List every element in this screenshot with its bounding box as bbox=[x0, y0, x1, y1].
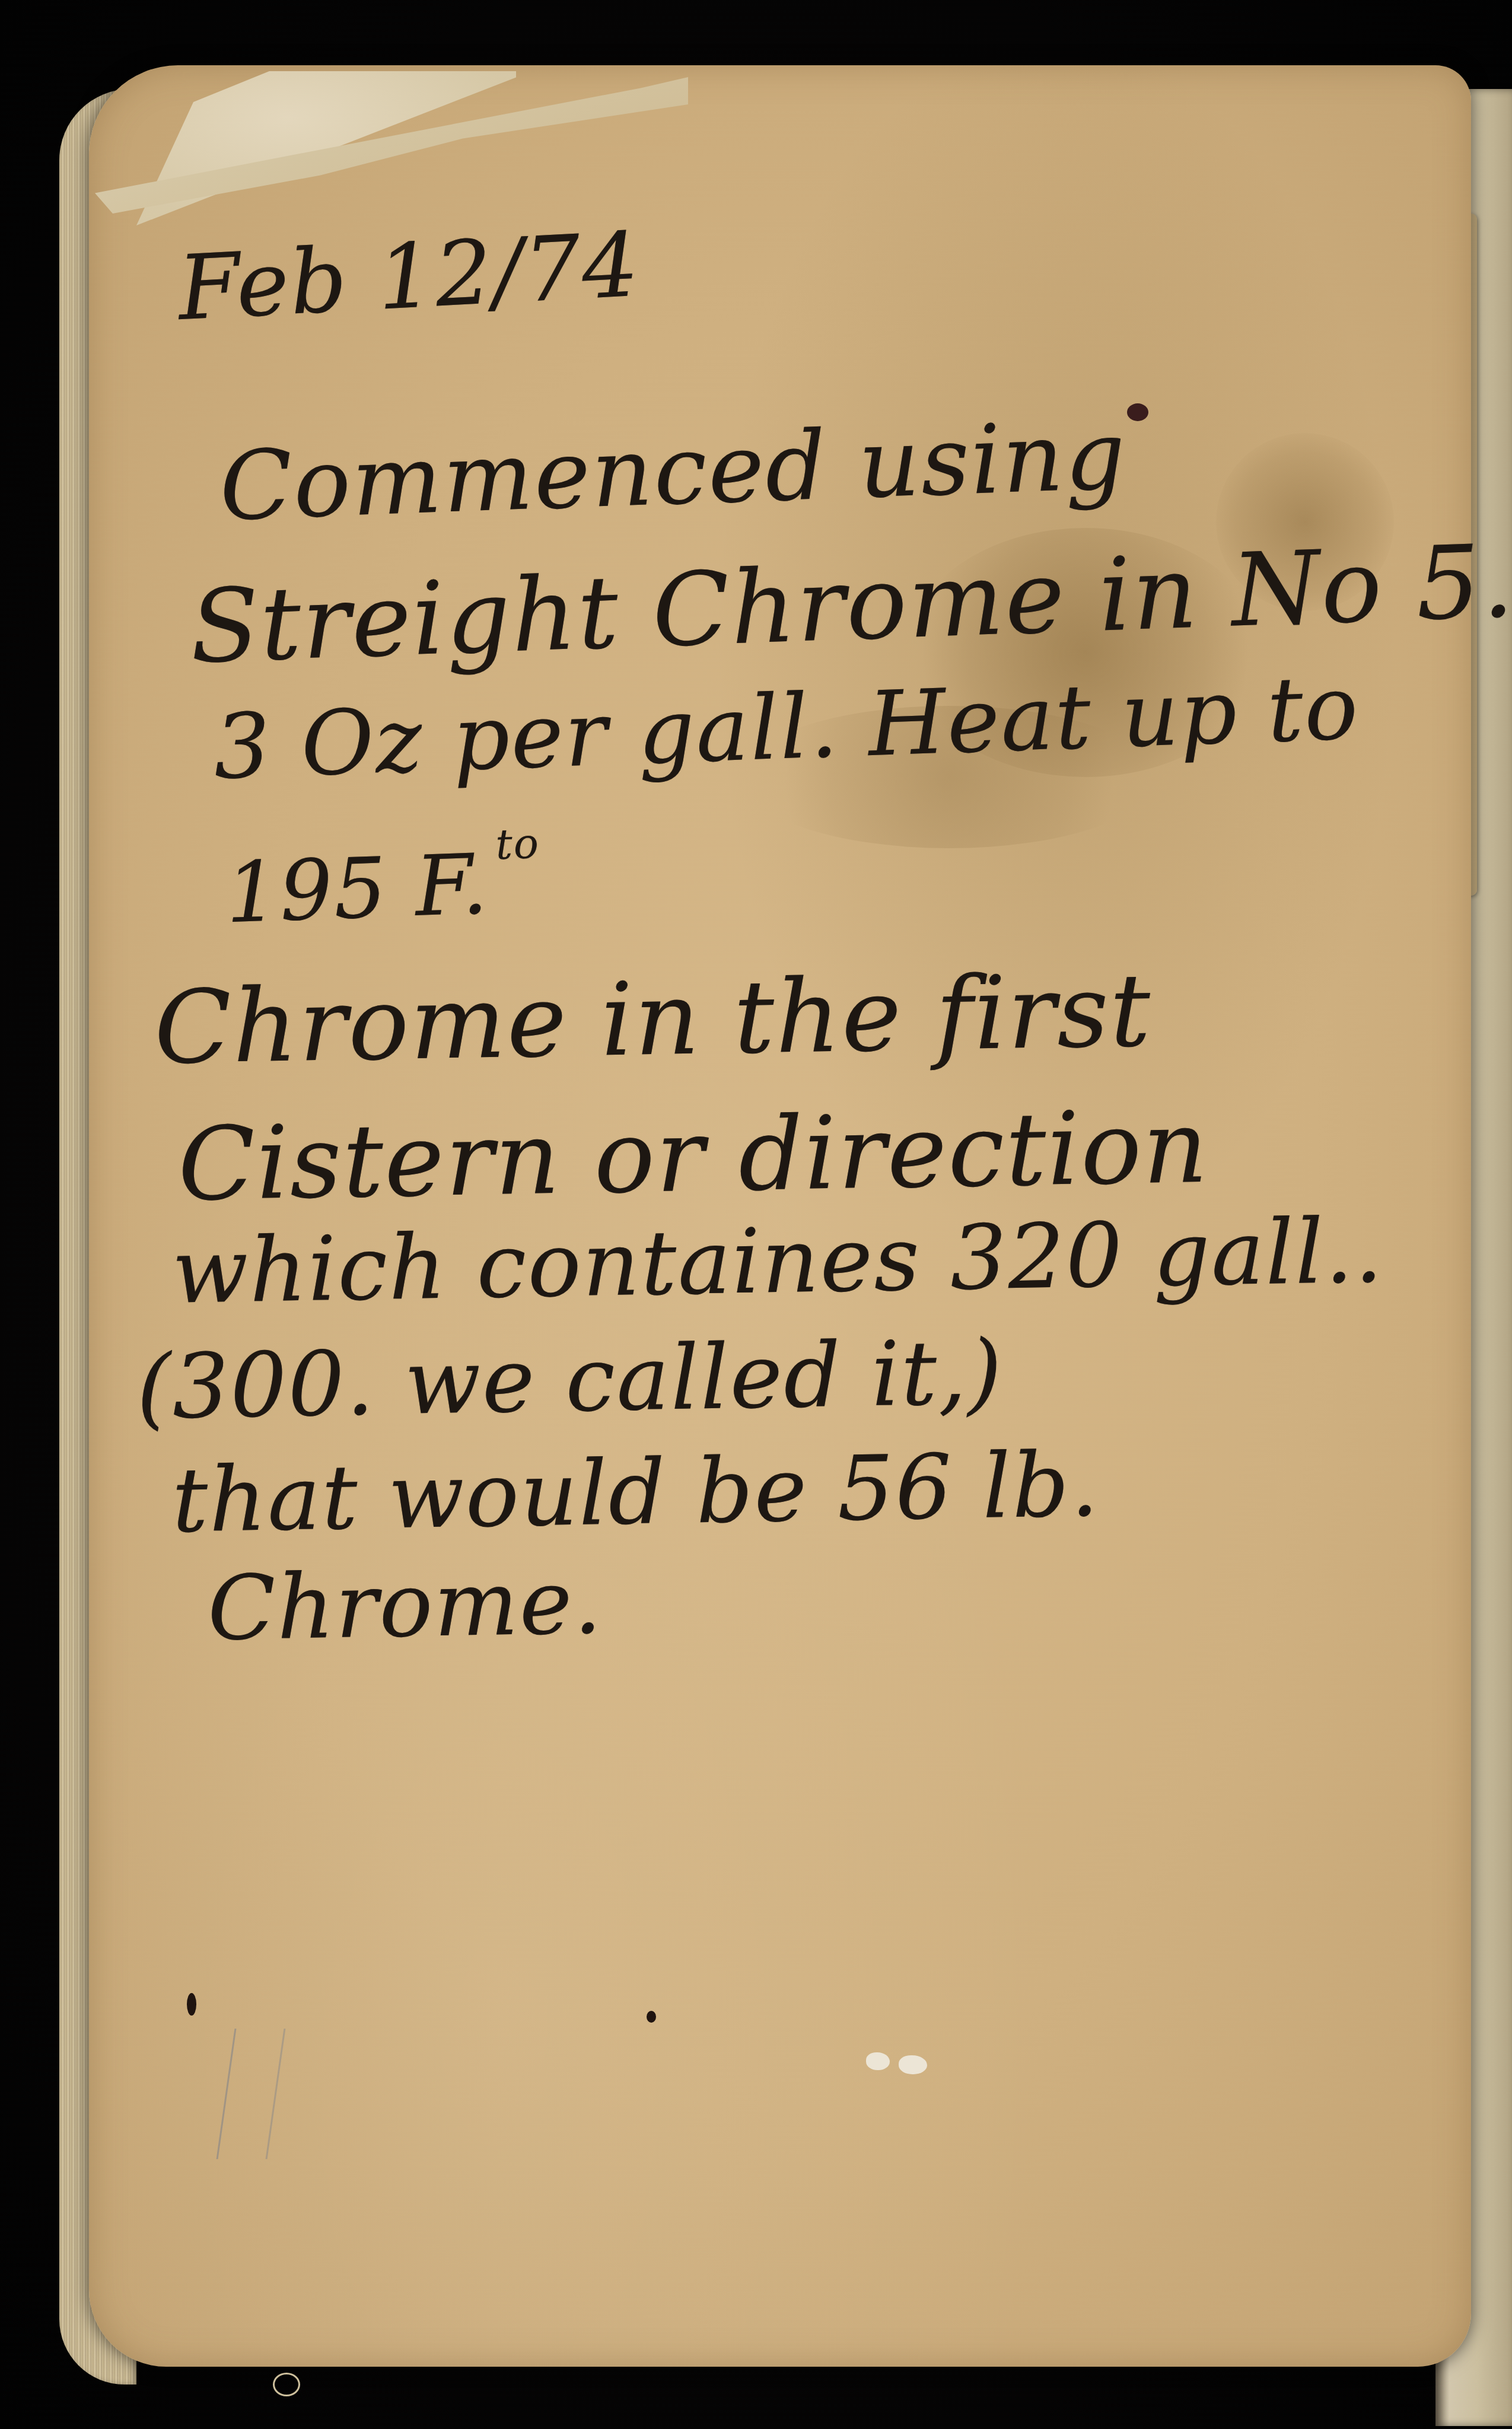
ink-dot bbox=[647, 2011, 656, 2023]
text-line-10: Chrome. bbox=[207, 1551, 604, 1661]
ink-blot bbox=[187, 1993, 196, 2016]
superscript-mark: to bbox=[495, 819, 540, 870]
temperature-text: 195 F. bbox=[224, 836, 491, 942]
text-line-8: (300. we called it,) bbox=[136, 1321, 1004, 1439]
ink-blot bbox=[1127, 403, 1148, 421]
text-line-5: Chrome in the first bbox=[153, 952, 1153, 1087]
paper-abrasion bbox=[899, 2055, 927, 2074]
paper-abrasion bbox=[866, 2052, 890, 2070]
text-line-6: Cistern or direction bbox=[177, 1088, 1209, 1224]
text-line-9: that would be 56 lb. bbox=[171, 1433, 1101, 1552]
text-line-7: which containes 320 gall.. bbox=[171, 1199, 1384, 1324]
text-line-4: 195 F.to bbox=[224, 819, 543, 942]
loose-thread bbox=[273, 2373, 300, 2396]
